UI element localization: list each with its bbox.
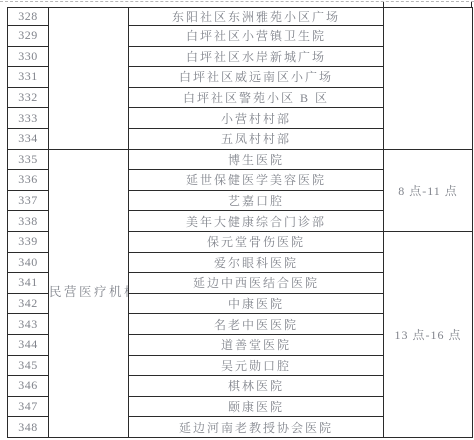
table-row: 335 民营医疗机构 博生医院 8 点-11 点 <box>8 149 473 170</box>
row-number-cell: 341 <box>8 273 49 294</box>
row-number-cell: 328 <box>8 8 49 26</box>
row-number-cell: 346 <box>8 376 49 397</box>
row-number-cell: 343 <box>8 314 49 335</box>
site-cell: 白坪社区水岸新城广场 <box>129 46 384 67</box>
row-number-cell: 340 <box>8 252 49 273</box>
time-slot-cell-afternoon: 13 点-16 点 <box>384 231 473 437</box>
site-cell: 白坪社区威远南区小广场 <box>129 67 384 88</box>
site-cell: 保元堂骨伤医院 <box>129 231 384 252</box>
row-number-cell: 332 <box>8 87 49 108</box>
site-schedule-table: 328 东阳社区东洲雅苑小区广场 329 白坪社区小营镇卫生院 330 白坪社区… <box>7 7 473 438</box>
site-cell: 白坪社区小营镇卫生院 <box>129 26 384 47</box>
row-number-cell: 345 <box>8 355 49 376</box>
row-number-cell: 331 <box>8 67 49 88</box>
site-cell: 延边河南老教授协会医院 <box>129 417 384 438</box>
row-number-cell: 330 <box>8 46 49 67</box>
document-page: 328 东阳社区东洲雅苑小区广场 329 白坪社区小营镇卫生院 330 白坪社区… <box>0 0 474 440</box>
page-break-dashed-line <box>0 1 474 2</box>
site-cell: 道善堂医院 <box>129 334 384 355</box>
site-cell: 东阳社区东洲雅苑小区广场 <box>129 8 384 26</box>
row-number-cell: 333 <box>8 108 49 129</box>
time-slot-cell-empty <box>384 8 473 150</box>
site-cell: 艺嘉口腔 <box>129 190 384 211</box>
site-cell: 中康医院 <box>129 293 384 314</box>
site-cell: 吴元勋口腔 <box>129 355 384 376</box>
row-number-cell: 337 <box>8 190 49 211</box>
row-number-cell: 342 <box>8 293 49 314</box>
table-row: 328 东阳社区东洲雅苑小区广场 <box>8 8 473 26</box>
site-cell: 颐康医院 <box>129 396 384 417</box>
site-cell: 爱尔眼科医院 <box>129 252 384 273</box>
row-number-cell: 334 <box>8 128 49 149</box>
site-cell: 延世保健医学美容医院 <box>129 170 384 191</box>
row-number-cell: 344 <box>8 334 49 355</box>
row-number-cell: 335 <box>8 149 49 170</box>
row-number-cell: 336 <box>8 170 49 191</box>
site-cell: 棋林医院 <box>129 376 384 397</box>
row-number-cell: 338 <box>8 211 49 232</box>
site-cell: 博生医院 <box>129 149 384 170</box>
site-cell: 五凤村村部 <box>129 128 384 149</box>
site-cell: 白坪社区警苑小区 B 区 <box>129 87 384 108</box>
site-cell: 名老中医医院 <box>129 314 384 335</box>
time-slot-cell-morning: 8 点-11 点 <box>384 149 473 231</box>
site-cell: 延边中西医结合医院 <box>129 273 384 294</box>
category-cell: 民营医疗机构 <box>49 149 129 437</box>
row-number-cell: 329 <box>8 26 49 47</box>
site-cell: 美年大健康综合门诊部 <box>129 211 384 232</box>
row-number-cell: 347 <box>8 396 49 417</box>
row-number-cell: 348 <box>8 417 49 438</box>
site-cell: 小营村村部 <box>129 108 384 129</box>
category-cell-empty <box>49 8 129 150</box>
row-number-cell: 339 <box>8 231 49 252</box>
